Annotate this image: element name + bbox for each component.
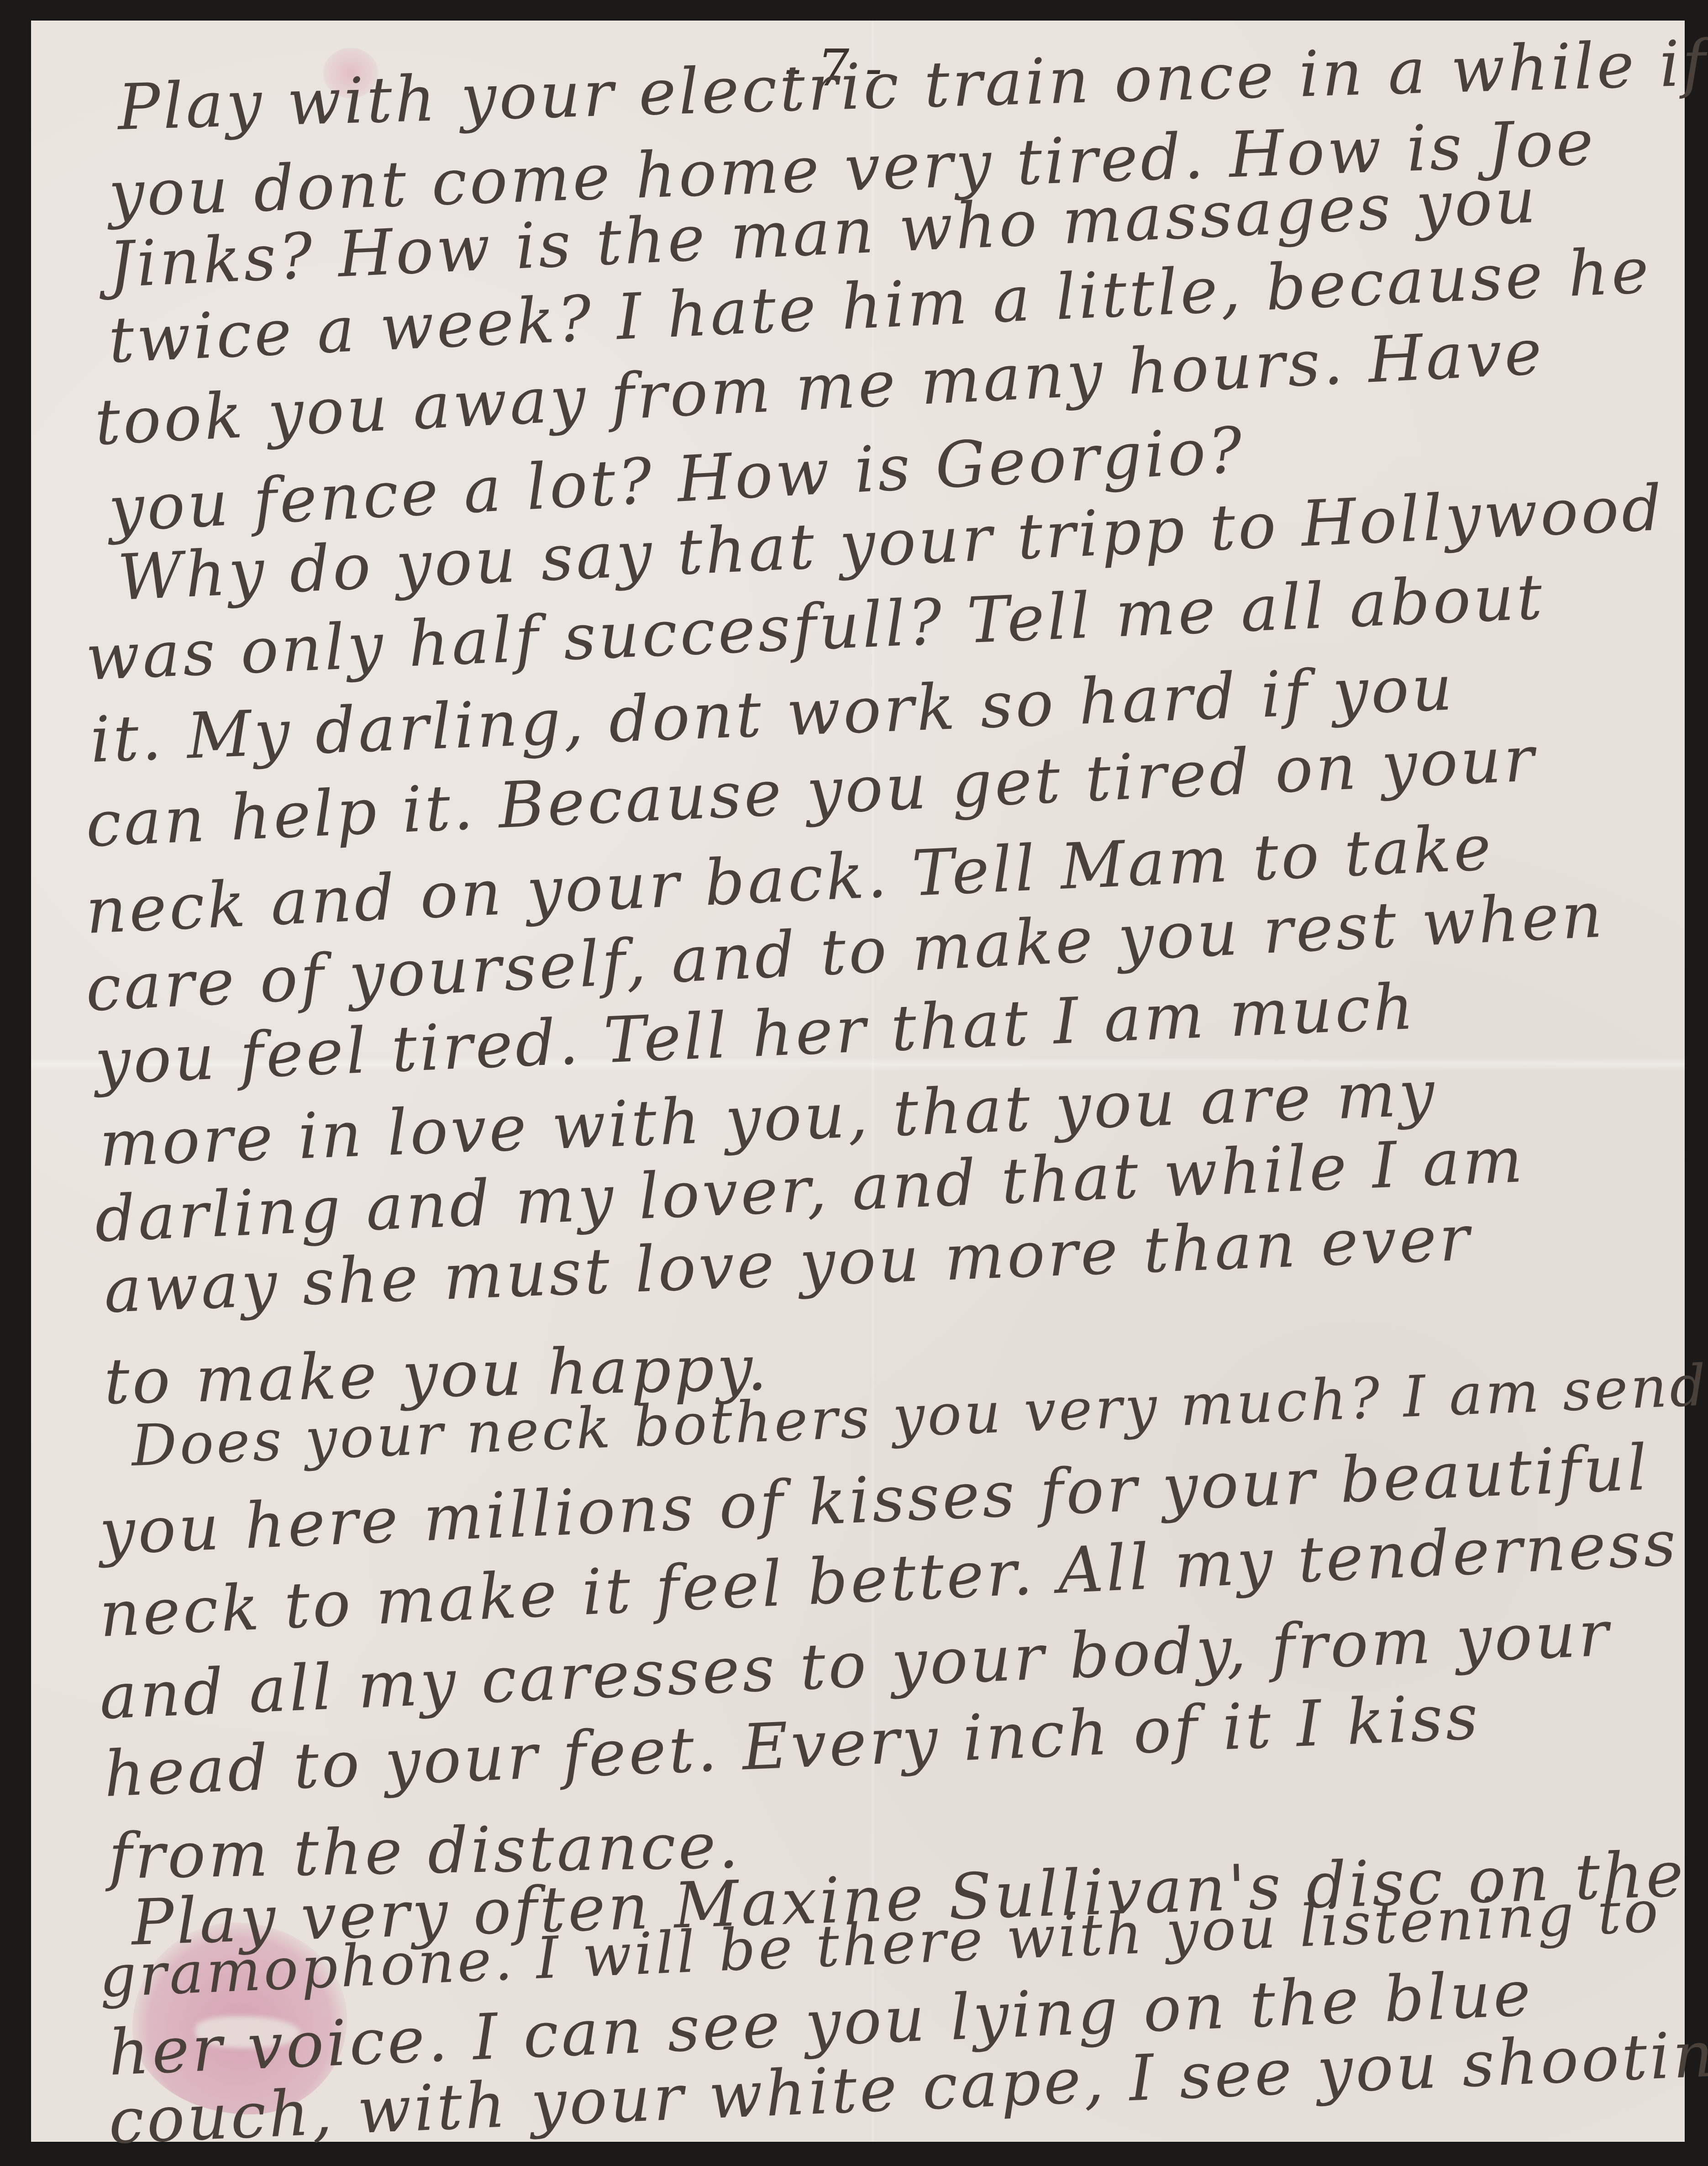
letter-page: - 7 - Play with your electric train once… — [31, 21, 1685, 2142]
